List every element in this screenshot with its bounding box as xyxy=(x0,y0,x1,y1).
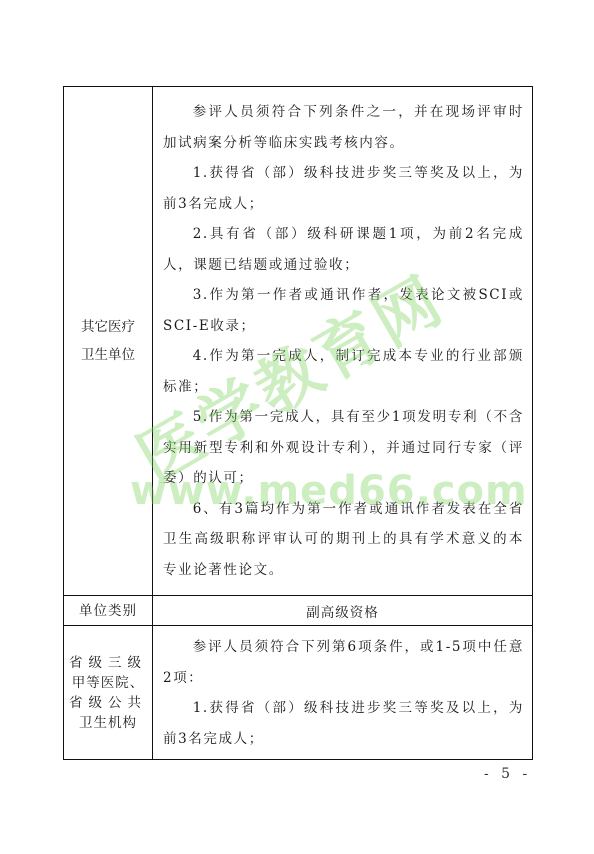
table-row-provincial-hospitals: 省级三级 甲等医院、 省级公共 卫生机构 参评人员须符合下列第6项条件，或1-5… xyxy=(64,626,533,760)
requirements-cell: 参评人员须符合下列条件之一，并在现场评审时加试病案分析等临床实践考核内容。 1.… xyxy=(153,87,533,596)
header-associate-senior-qualification: 副高级资格 xyxy=(153,596,533,626)
header-unit-category: 单位类别 xyxy=(64,596,153,626)
unit-category-line: 其它医疗 xyxy=(64,313,152,341)
unit-category-cell: 省级三级 甲等医院、 省级公共 卫生机构 xyxy=(64,626,153,760)
unit-category-cell: 其它医疗 卫生单位 xyxy=(64,87,153,596)
requirement-item-4: 4.作为第一完成人，制订完成本专业的行业部颁标准； xyxy=(153,341,532,402)
requirement-item-6: 6、有3篇均作为第一作者或通讯作者发表在全省卫生高级职称评审认可的期刊上的具有学… xyxy=(153,494,532,586)
unit-category-line: 卫生机构 xyxy=(66,713,150,733)
qualification-table: 其它医疗 卫生单位 参评人员须符合下列条件之一，并在现场评审时加试病案分析等临床… xyxy=(63,86,533,760)
requirement-item-1: 1.获得省（部）级科技进步奖三等奖及以上，为前3名完成人； xyxy=(153,158,532,219)
requirement-item-1: 1.获得省（部）级科技进步奖三等奖及以上，为前3名完成人； xyxy=(153,693,532,754)
unit-category-line: 省级三级 xyxy=(66,653,150,673)
unit-category-line: 甲等医院、 xyxy=(66,673,150,693)
requirements-cell: 参评人员须符合下列第6项条件，或1-5项中任意2项： 1.获得省（部）级科技进步… xyxy=(153,626,533,760)
table-header-row: 单位类别 副高级资格 xyxy=(64,596,533,626)
requirement-item-2: 2.具有省（部）级科研课题1项，为前2名完成人，课题已结题或通过验收； xyxy=(153,219,532,280)
requirement-intro: 参评人员须符合下列条件之一，并在现场评审时加试病案分析等临床实践考核内容。 xyxy=(153,97,532,158)
requirement-item-5: 5.作为第一完成人，具有至少1项发明专利（不含实用新型专利和外观设计专利），并通… xyxy=(153,402,532,494)
unit-category-line: 卫生单位 xyxy=(64,341,152,369)
unit-category-line: 省级公共 xyxy=(66,693,150,713)
requirement-intro: 参评人员须符合下列第6项条件，或1-5项中任意2项： xyxy=(153,632,532,693)
document-page: 其它医疗 卫生单位 参评人员须符合下列条件之一，并在现场评审时加试病案分析等临床… xyxy=(0,0,594,854)
table-row-other-medical-units: 其它医疗 卫生单位 参评人员须符合下列条件之一，并在现场评审时加试病案分析等临床… xyxy=(64,87,533,596)
requirement-item-3: 3.作为第一作者或通讯作者，发表论文被SCI或SCI-E收录； xyxy=(153,280,532,341)
page-number: - 5 - xyxy=(484,766,531,782)
